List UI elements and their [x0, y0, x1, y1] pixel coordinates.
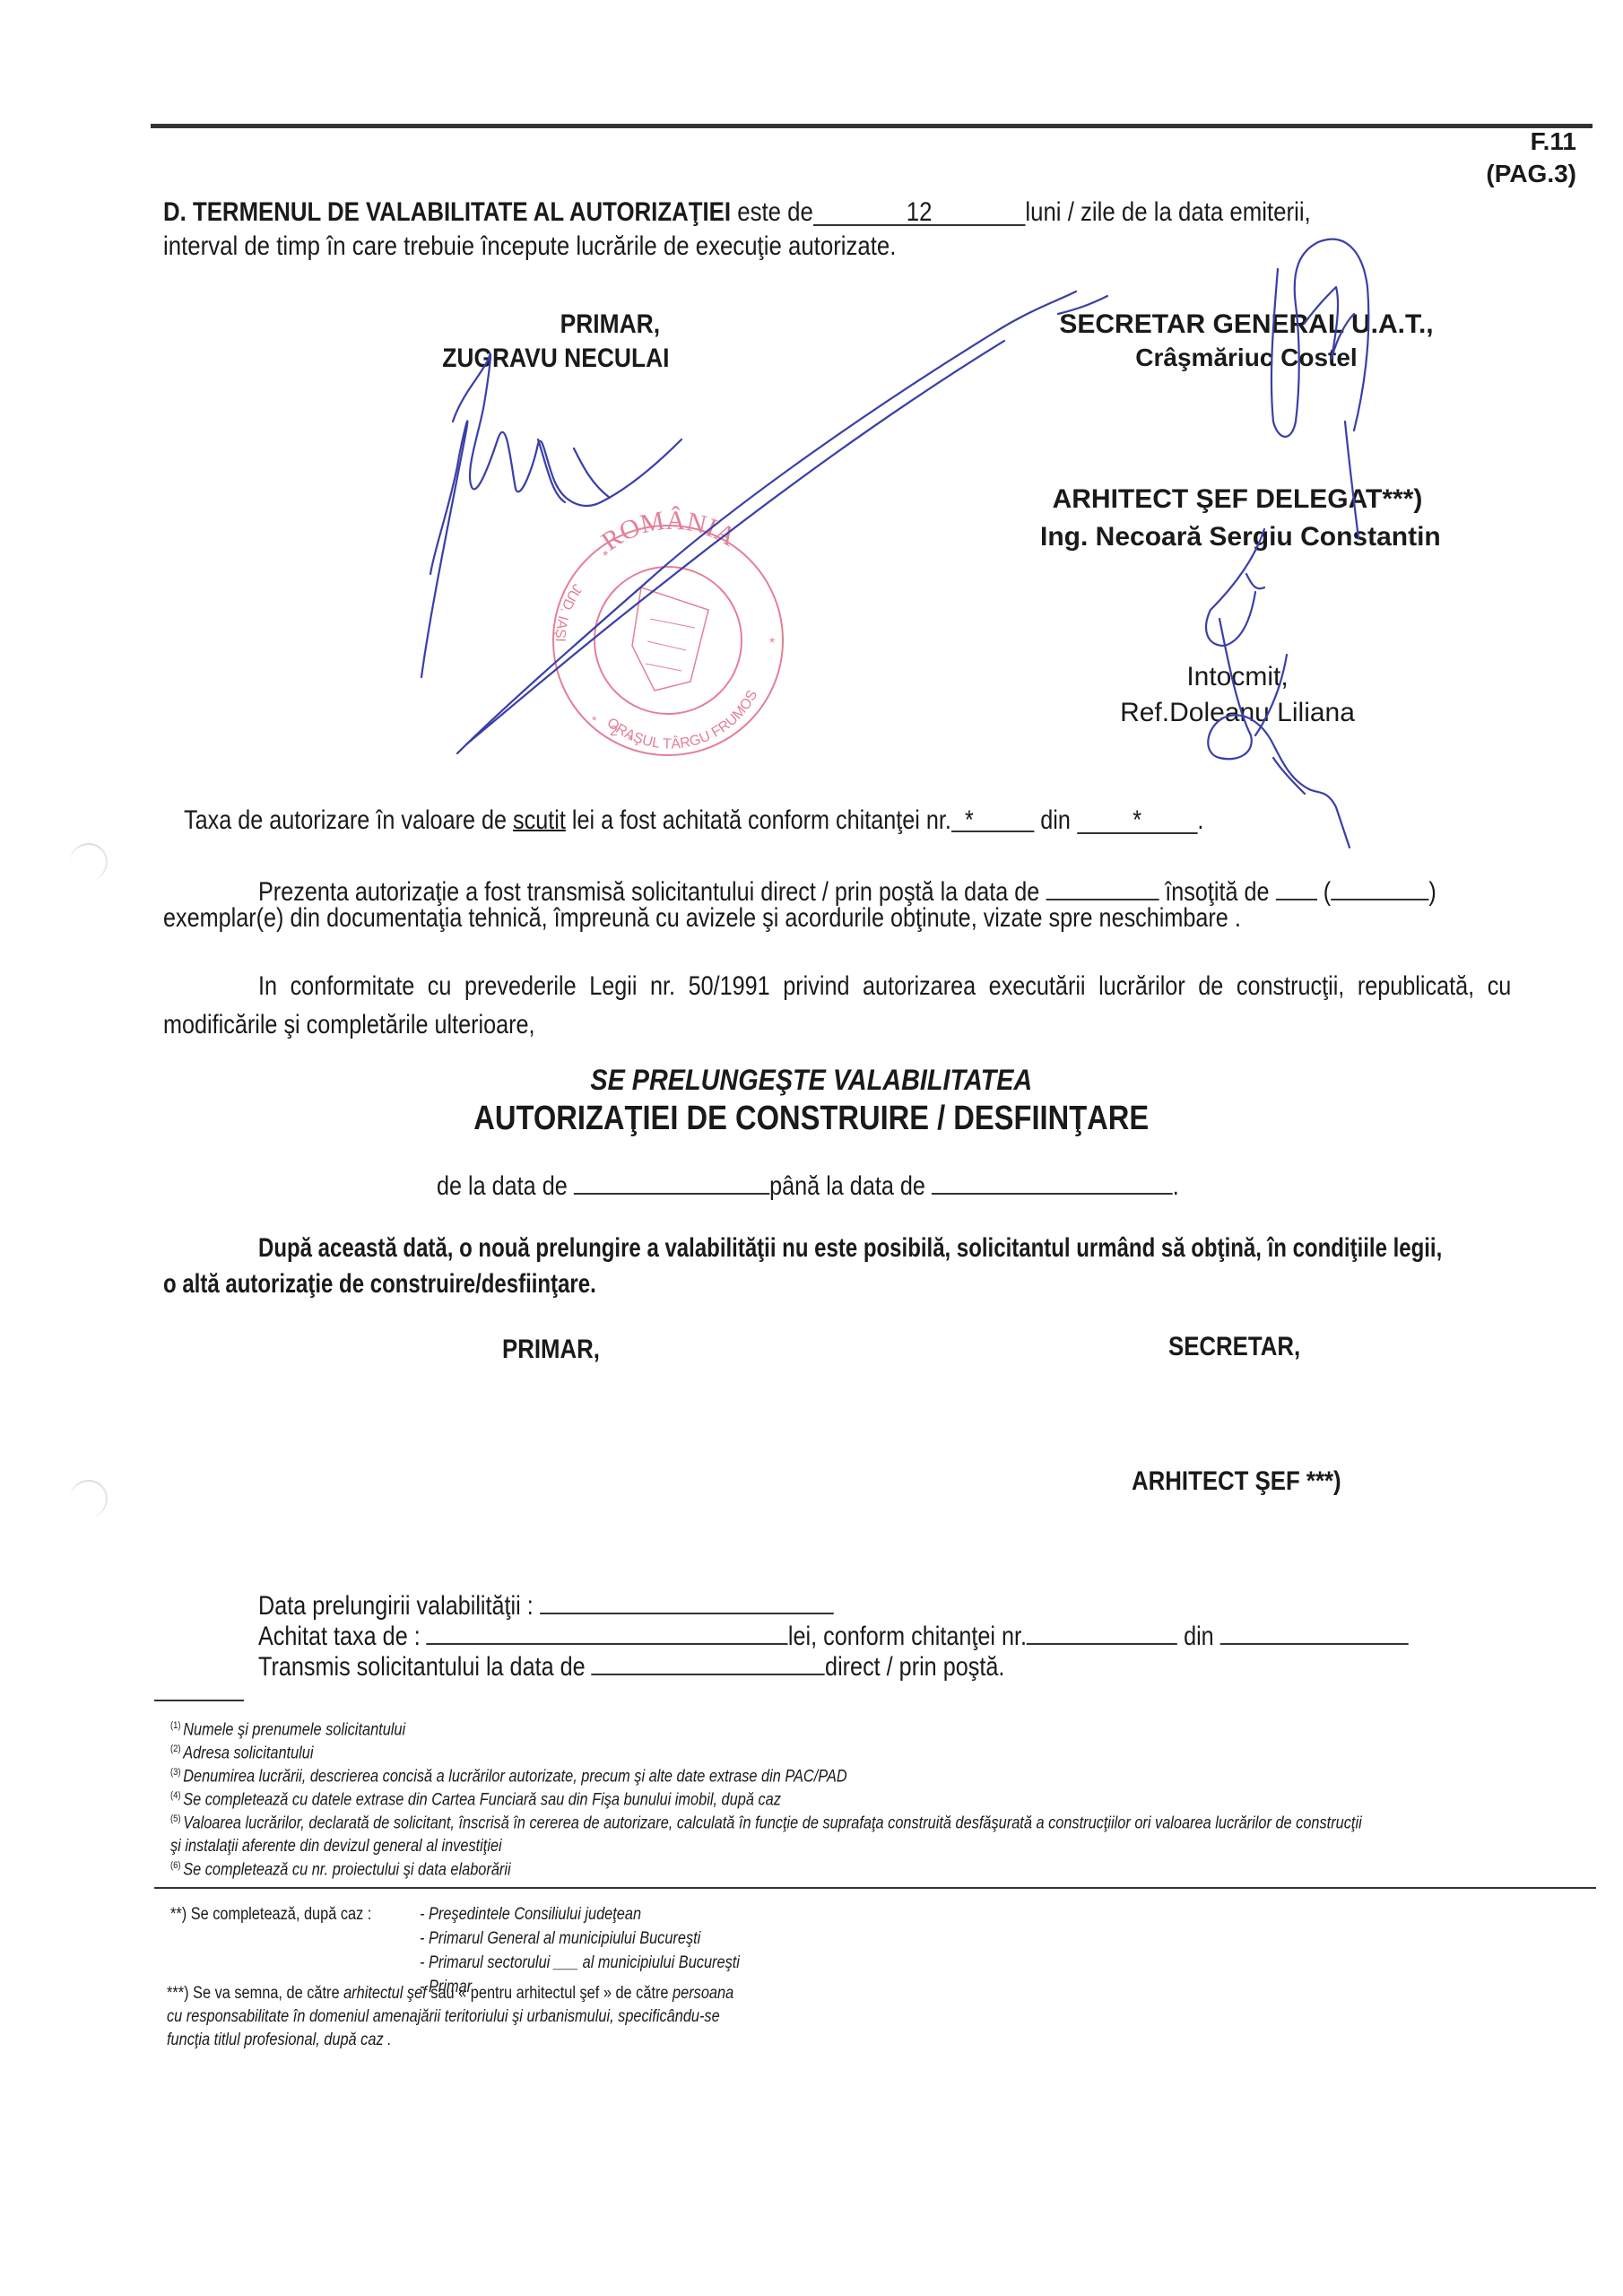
footnote-rule-short: [154, 1700, 244, 1701]
note-three-star-line2: cu responsabilitate în domeniul amenajăr…: [167, 2007, 810, 2027]
transmis-date: [1046, 872, 1159, 900]
taxa-end: .: [1197, 805, 1203, 835]
footnote-item: şi instalaţii aferente din devizul gener…: [170, 1837, 556, 1857]
top-rule: [151, 124, 1593, 128]
footnote-item: (3) Denumirea lucrării, descrierea conci…: [170, 1767, 958, 1787]
primar-title-2: PRIMAR,: [502, 1335, 616, 1365]
intocmit-name: Ref.Doleanu Liliana: [1094, 698, 1381, 728]
achitat-date-field: [1220, 1616, 1409, 1645]
form-code: F.11: [1531, 127, 1576, 156]
section-d-title: D. TERMENUL DE VALABILITATE AL AUTORIZAŢ…: [163, 197, 731, 227]
footnote-item: (2) Adresa solicitantului: [170, 1744, 336, 1763]
section-d-line1: D. TERMENUL DE VALABILITATE AL AUTORIZAŢ…: [163, 197, 1497, 228]
note-three-star-line3: funcţia titlul profesional, după caz .: [167, 2031, 429, 2050]
svg-text:*: *: [603, 549, 608, 564]
receipt-number: *: [951, 805, 1034, 832]
taxa-value: scutit: [513, 805, 566, 835]
notice-line1: După această dată, o nouă prelungire a v…: [258, 1233, 1623, 1264]
copies-words: [1331, 872, 1428, 900]
achitat-amount-field: [427, 1616, 788, 1645]
achitat-din-label: din: [1184, 1622, 1214, 1651]
transmis-date-field: [592, 1647, 825, 1675]
svg-text:2: 2: [610, 724, 618, 739]
transmis-line1: Prezenta autorizaţie a fost transmisă so…: [258, 872, 1623, 908]
direct-label: direct / prin poştă.: [825, 1652, 1004, 1682]
footnote-item: (4) Se completează cu datele extrase din…: [170, 1790, 881, 1810]
prelungire-to-date: [932, 1166, 1173, 1195]
secretar-name: Crâşmăriuc Costel: [1049, 344, 1444, 372]
conform-line1: In conformitate cu prevederile Legii nr.…: [258, 971, 1623, 1002]
footnote-item: (1) Numele şi prenumele solicitantului: [170, 1720, 444, 1740]
to-label: până la data de: [769, 1171, 925, 1201]
transmis-label: Transmis solicitantului la data de: [258, 1652, 586, 1682]
arhitect-delegat-name: Ing. Necoară Sergiu Constantin: [1040, 522, 1435, 552]
prelungire-heading-1: SE PRELUNGEŞTE VALABILITATEA: [0, 1064, 1623, 1097]
conform-line2: modificările şi completările ulterioare,: [163, 1010, 606, 1040]
note-two-star: **) Se completează, după caz :: [170, 1905, 404, 1925]
arhitect-delegat-title: ARHITECT ŞEF DELEGAT***): [1040, 484, 1435, 515]
prelungire-dates: de la data de până la data de .: [437, 1166, 1320, 1202]
footnote-rule-long: [154, 1887, 1596, 1889]
svg-text:ROMÂNIA: ROMÂNIA: [596, 506, 742, 557]
svg-text:JUD. IAŞI: JUD. IAŞI: [552, 581, 585, 642]
punch-hole-mark: [70, 1480, 108, 1518]
validity-unit: luni / zile de la data emiterii,: [1025, 197, 1310, 227]
arhitect-sef-title: ARHITECT ŞEF ***): [1132, 1466, 1376, 1497]
footnote-item: (6) Se completează cu nr. proiectului şi…: [170, 1860, 566, 1880]
dates-end: .: [1173, 1171, 1179, 1201]
section-d-line2: interval de timp în care trebuie început…: [163, 231, 1016, 262]
punch-hole-mark: [70, 843, 108, 881]
taxa-middle: lei a fost achitată conform chitanţei nr…: [566, 805, 951, 835]
section-d-text: este de: [731, 197, 813, 227]
note-two-star-item: - Preşedintele Consiliului judeţean: [420, 1905, 677, 1925]
secretar-title-2: SECRETAR,: [1168, 1332, 1322, 1362]
note-three-star-line1: ***) Se va semna, de către arhitectul şe…: [167, 1984, 826, 2004]
note-two-star-item: - Primarul sectorului ___ al municipiulu…: [420, 1953, 792, 1973]
primar-title: PRIMAR,: [466, 309, 753, 340]
intocmit-title: Intocmit,: [1094, 662, 1381, 692]
prelungire-heading-2: AUTORIZAŢIEI DE CONSTRUIRE / DESFIINŢARE: [0, 1100, 1623, 1138]
note-two-star-item: - Primarul General al municipiului Bucur…: [420, 1929, 746, 1949]
page-number: (PAG.3): [1486, 160, 1576, 188]
taxa-din: din: [1034, 805, 1077, 835]
svg-text:*: *: [592, 713, 597, 727]
receipt-date: *: [1077, 805, 1197, 834]
transmis-line2: exemplar(e) din documentaţia tehnică, îm…: [163, 903, 1446, 934]
taxa-line: Taxa de autorizare în valoare de scutit …: [184, 805, 1398, 836]
footnote-item: (5) Valoarea lucrărilor, declarată de so…: [170, 1813, 1556, 1833]
prelungire-from-date: [574, 1166, 769, 1195]
validity-value: 12: [813, 197, 1026, 226]
copies-count: [1276, 872, 1317, 900]
section-d-line2-text: interval de timp în care trebuie început…: [163, 231, 896, 262]
svg-text:*: *: [769, 636, 775, 651]
from-label: de la data de: [437, 1171, 568, 1201]
achitat-receipt-field: [1027, 1616, 1177, 1645]
svg-text:ORAŞUL TÂRGU FRUMOS: ORAŞUL TÂRGU FRUMOS: [603, 688, 760, 752]
transmis-row: Transmis solicitantului la data de direc…: [258, 1647, 1147, 1683]
data-prelungirii-field: [540, 1586, 834, 1614]
svg-text:*: *: [628, 733, 633, 747]
taxa-prefix: Taxa de autorizare în valoare de: [184, 805, 513, 835]
notice-line2: o altă autorizaţie de construire/desfiin…: [163, 1269, 705, 1300]
primar-name: ZUGRAVU NECULAI: [412, 344, 699, 374]
secretar-title: SECRETAR GENERAL U.A.T.,: [1049, 309, 1444, 340]
